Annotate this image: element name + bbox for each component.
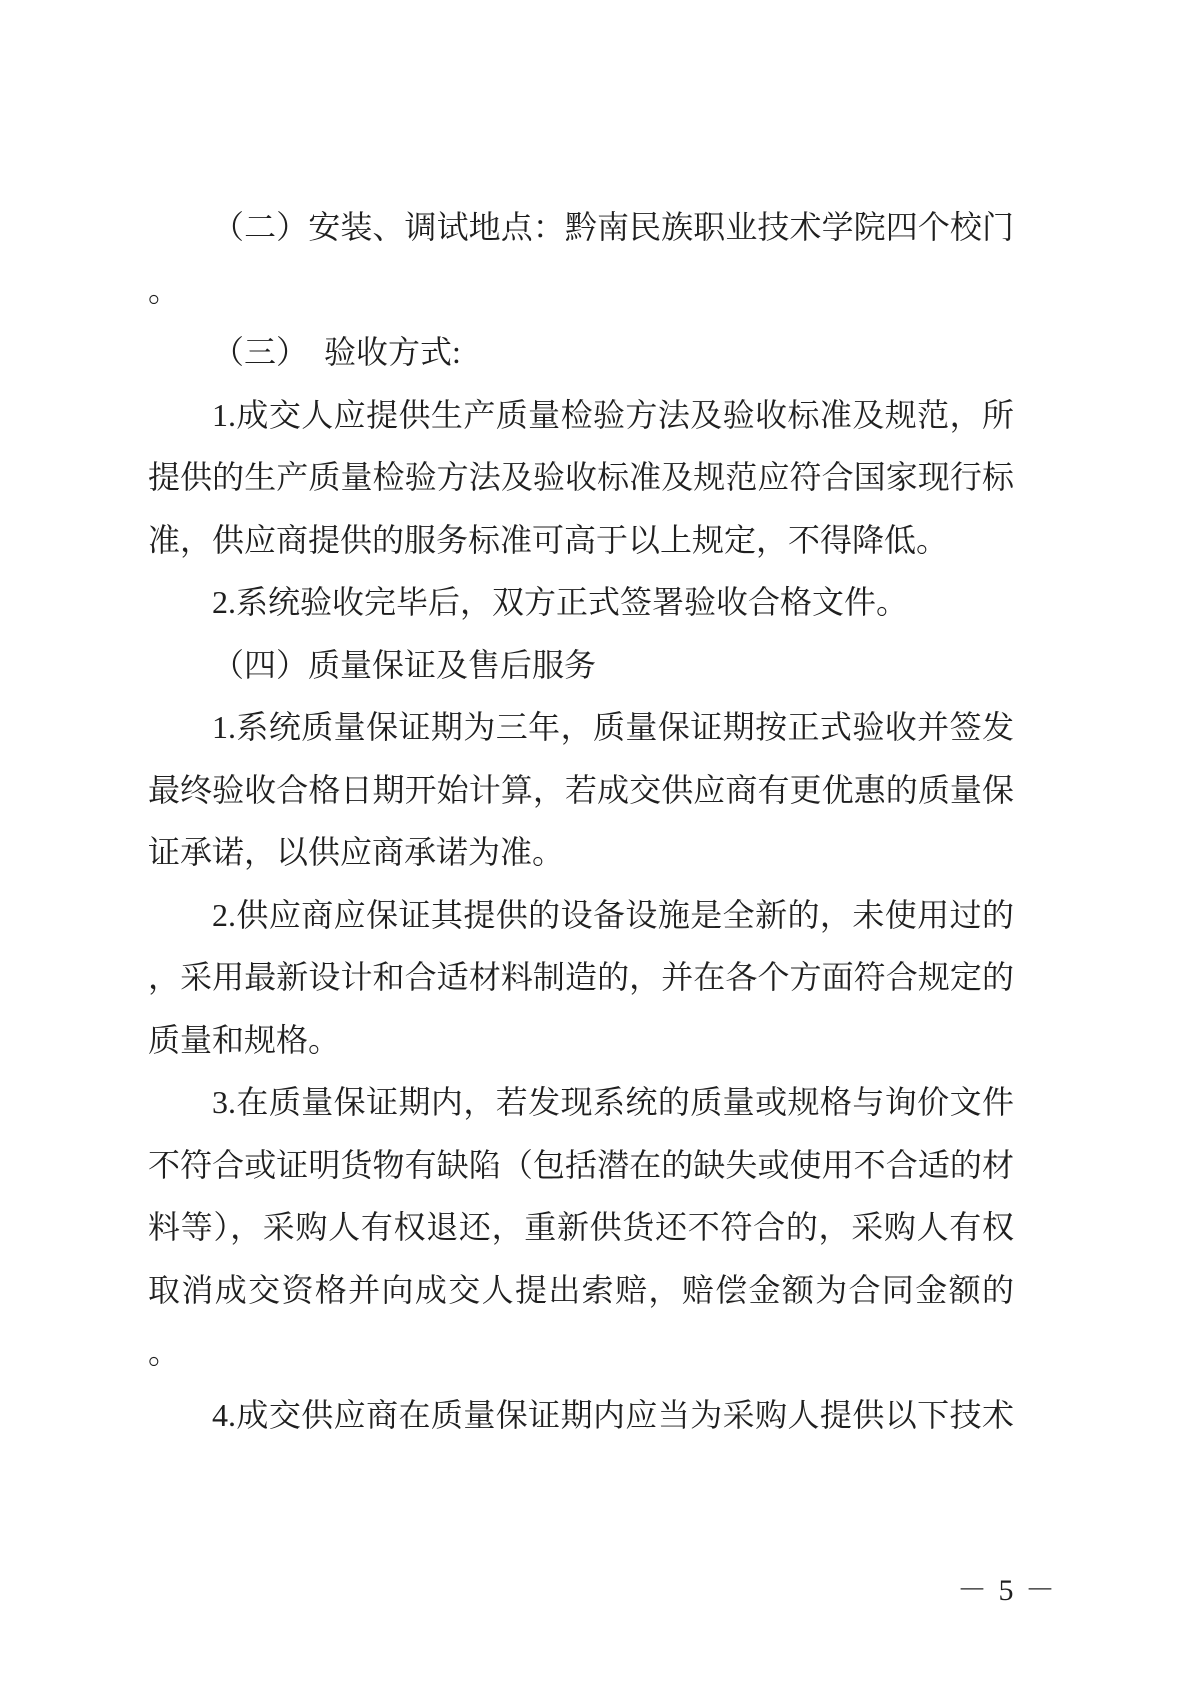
document-body: （二）安装、调试地点：黔南民族职业技术学院四个校门。（三） 验收方式:1.成交人… — [148, 196, 1014, 1446]
text-line: 2.系统验收完毕后，双方正式签署验收合格文件。 — [148, 571, 1014, 634]
text-line: 证承诺，以供应商承诺为准。 — [148, 821, 1014, 884]
text-line: 2.供应商应保证其提供的设备设施是全新的，未使用过的 — [148, 884, 1014, 947]
text-line: 质量和规格。 — [148, 1009, 1014, 1072]
text-line: 1.系统质量保证期为三年，质量保证期按正式验收并签发 — [148, 696, 1014, 759]
text-line: 最终验收合格日期开始计算，若成交供应商有更优惠的质量保 — [148, 759, 1014, 822]
document-page: （二）安装、调试地点：黔南民族职业技术学院四个校门。（三） 验收方式:1.成交人… — [0, 0, 1191, 1684]
text-line: 提供的生产质量检验方法及验收标准及规范应符合国家现行标 — [148, 446, 1014, 509]
text-line: （三） 验收方式: — [148, 321, 1014, 384]
text-line: 。 — [148, 1321, 1014, 1384]
text-line: 不符合或证明货物有缺陷（包括潜在的缺失或使用不合适的材 — [148, 1134, 1014, 1197]
text-line: 4.成交供应商在质量保证期内应当为采购人提供以下技术 — [148, 1384, 1014, 1447]
text-line: （二）安装、调试地点：黔南民族职业技术学院四个校门 — [148, 196, 1014, 259]
text-line: 料等），采购人有权退还，重新供货还不符合的，采购人有权 — [148, 1196, 1014, 1259]
text-line: ，采用最新设计和合适材料制造的，并在各个方面符合规定的 — [148, 946, 1014, 1009]
text-line: （四）质量保证及售后服务 — [148, 634, 1014, 697]
text-line: 取消成交资格并向成交人提出索赔，赔偿金额为合同金额的5% — [148, 1259, 1014, 1322]
text-line: 。 — [148, 259, 1014, 322]
page-number: － 5 － — [922, 1570, 1092, 1612]
text-line: 3.在质量保证期内，若发现系统的质量或规格与询价文件 — [148, 1071, 1014, 1134]
text-line: 1.成交人应提供生产质量检验方法及验收标准及规范，所 — [148, 384, 1014, 447]
text-line: 准，供应商提供的服务标准可高于以上规定，不得降低。 — [148, 509, 1014, 572]
